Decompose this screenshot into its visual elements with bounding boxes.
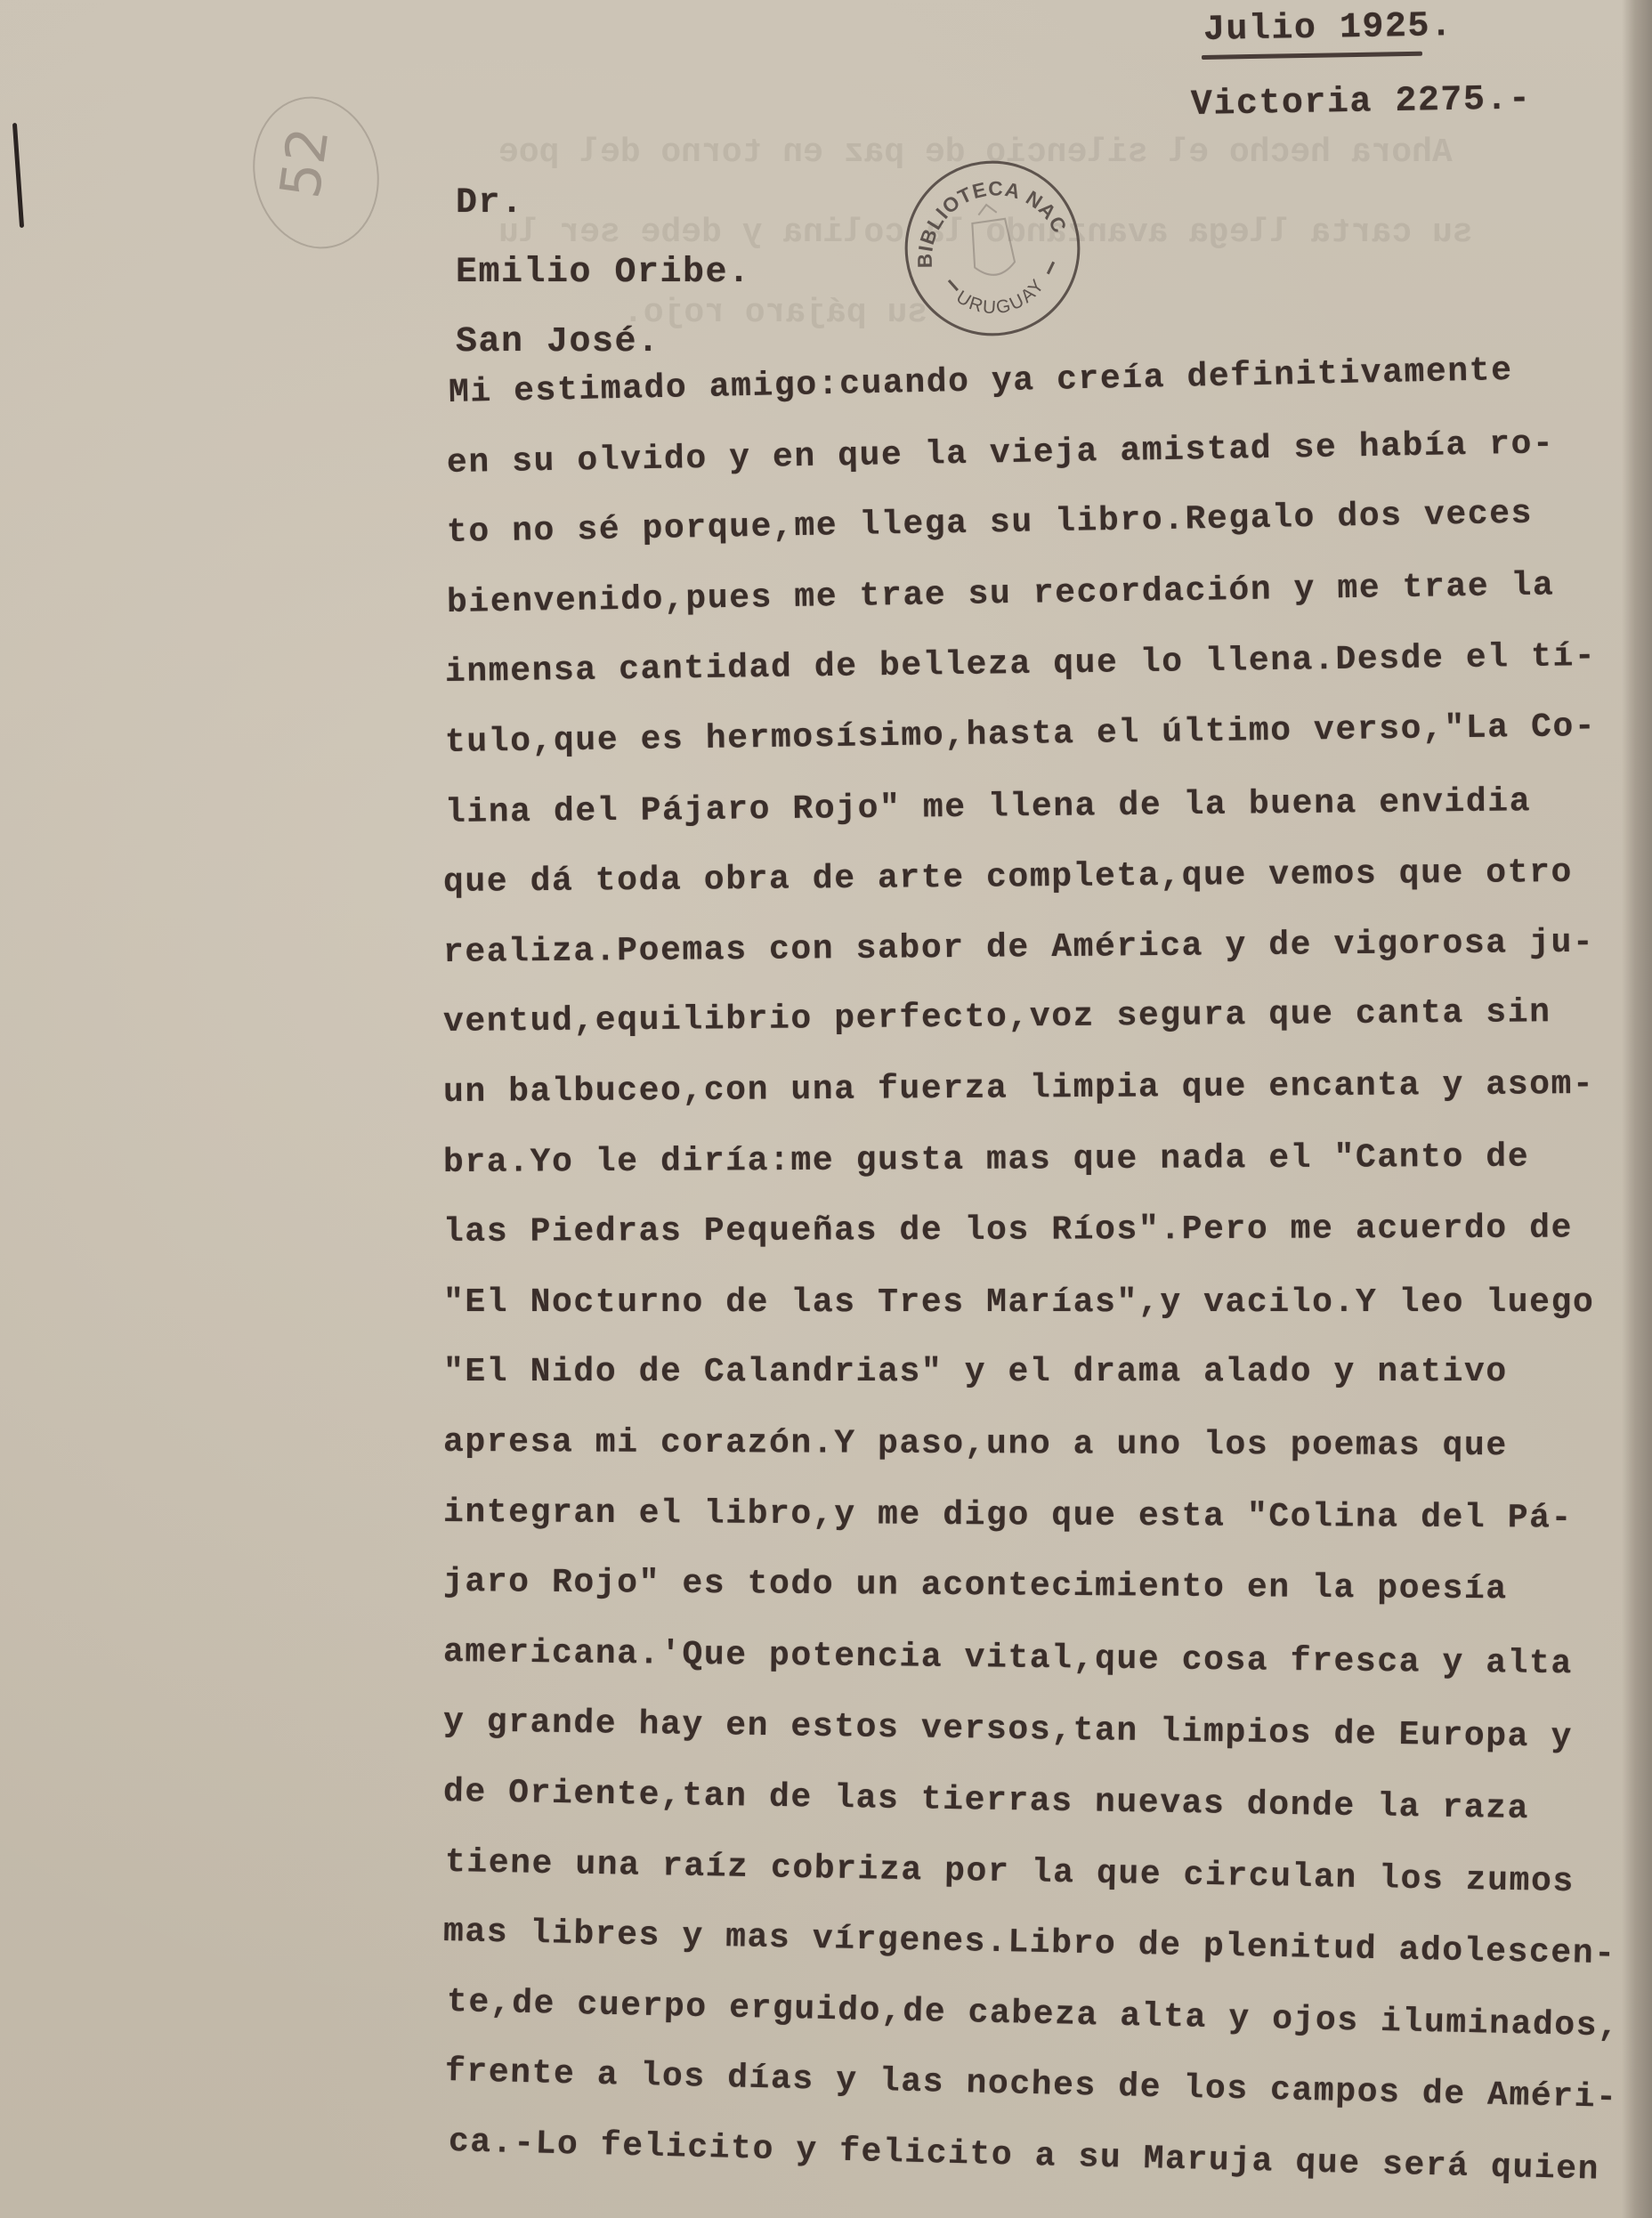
letter-body-line: jaro Rojo" es todo un acontecimiento en … — [443, 1563, 1508, 1608]
letter-body-line: "El Nido de Calandrias" y el drama alado… — [443, 1353, 1508, 1391]
show-through-text: su pájaro rojo. — [623, 294, 927, 332]
letter-body-line: to no sé porque,me llega su libro.Regalo… — [447, 495, 1534, 552]
letter-body-line: inmensa cantidad de belleza que lo llena… — [445, 637, 1597, 692]
date-period: . — [1430, 6, 1454, 46]
biblioteca-nacional-stamp: BIBLIOTECA NACIONAL URUGUAY — [889, 145, 1097, 352]
letter-body-line: ventud,equilibrio perfecto,voz segura qu… — [443, 994, 1551, 1042]
letter-body-line: frente a los días y las noches de los ca… — [445, 2052, 1618, 2117]
letter-body-line: mas libres y mas vírgenes.Libro de pleni… — [443, 1913, 1616, 1973]
letter-body-line: y grande hay en estos versos,tan limpios… — [443, 1703, 1573, 1757]
letter-page: Ahora hecho el silencio de paz en torno … — [0, 0, 1652, 2218]
letter-body-line: americana.'Que potencia vital,que cosa f… — [443, 1633, 1573, 1683]
letter-body-line: que dá toda obra de arte completa,que ve… — [443, 854, 1573, 902]
letter-body-line: de Oriente,tan de las tierras nuevas don… — [443, 1773, 1530, 1828]
letter-date: Julio 1925. — [1203, 6, 1454, 51]
date-text: Julio 1925 — [1203, 7, 1431, 51]
sender-address: Victoria 2275.- — [1191, 79, 1532, 125]
library-seal-icon: BIBLIOTECA NACIONAL URUGUAY — [889, 145, 1097, 352]
date-underline — [1202, 52, 1422, 60]
stamp-bottom-text: URUGUAY — [950, 272, 1052, 324]
letter-body-line: un balbuceo,con una fuerza limpia que en… — [443, 1065, 1595, 1112]
recipient-name: Emilio Oribe. — [456, 253, 751, 293]
letter-body-line: ca.-Lo felicito y felicito a su Maruja q… — [448, 2123, 1599, 2190]
letter-body-line: integran el libro,y me digo que esta "Co… — [443, 1494, 1573, 1538]
letter-body-line: tulo,que es hermosísimo,hasta el último … — [445, 708, 1597, 762]
letter-body-line: "El Nocturno de las Tres Marías",y vacil… — [443, 1283, 1594, 1322]
recipient-title: Dr. — [456, 183, 524, 223]
letter-body-line: bienvenido,pues me trae su recordación y… — [447, 566, 1555, 622]
margin-ink-mark — [12, 123, 24, 228]
page-edge-shadow — [1622, 0, 1652, 2218]
letter-body-line: apresa mi corazón.Y paso,uno a uno los p… — [443, 1423, 1508, 1465]
letter-body-line: las Piedras Pequeñas de los Ríos".Pero m… — [443, 1210, 1573, 1251]
archive-number-annotation: 52 — [239, 85, 393, 260]
letter-body-line: en su olvido y en que la vieja amistad s… — [447, 425, 1555, 482]
archive-number: 52 — [267, 124, 341, 202]
letter-body-line: lina del Pájaro Rojo" me llena de la bue… — [445, 782, 1532, 832]
letter-body-line: tiene una raíz cobriza por la que circul… — [445, 1843, 1575, 1901]
recipient-city: San José. — [456, 322, 660, 362]
letter-body-line: te,de cuerpo erguido,de cabeza alta y oj… — [447, 1983, 1620, 2046]
letter-body-line: realiza.Poemas con sabor de América y de… — [443, 924, 1595, 972]
svg-text:URUGUAY: URUGUAY — [950, 272, 1052, 324]
letter-body-line: bra.Yo le diría:me gusta mas que nada el… — [443, 1137, 1529, 1181]
